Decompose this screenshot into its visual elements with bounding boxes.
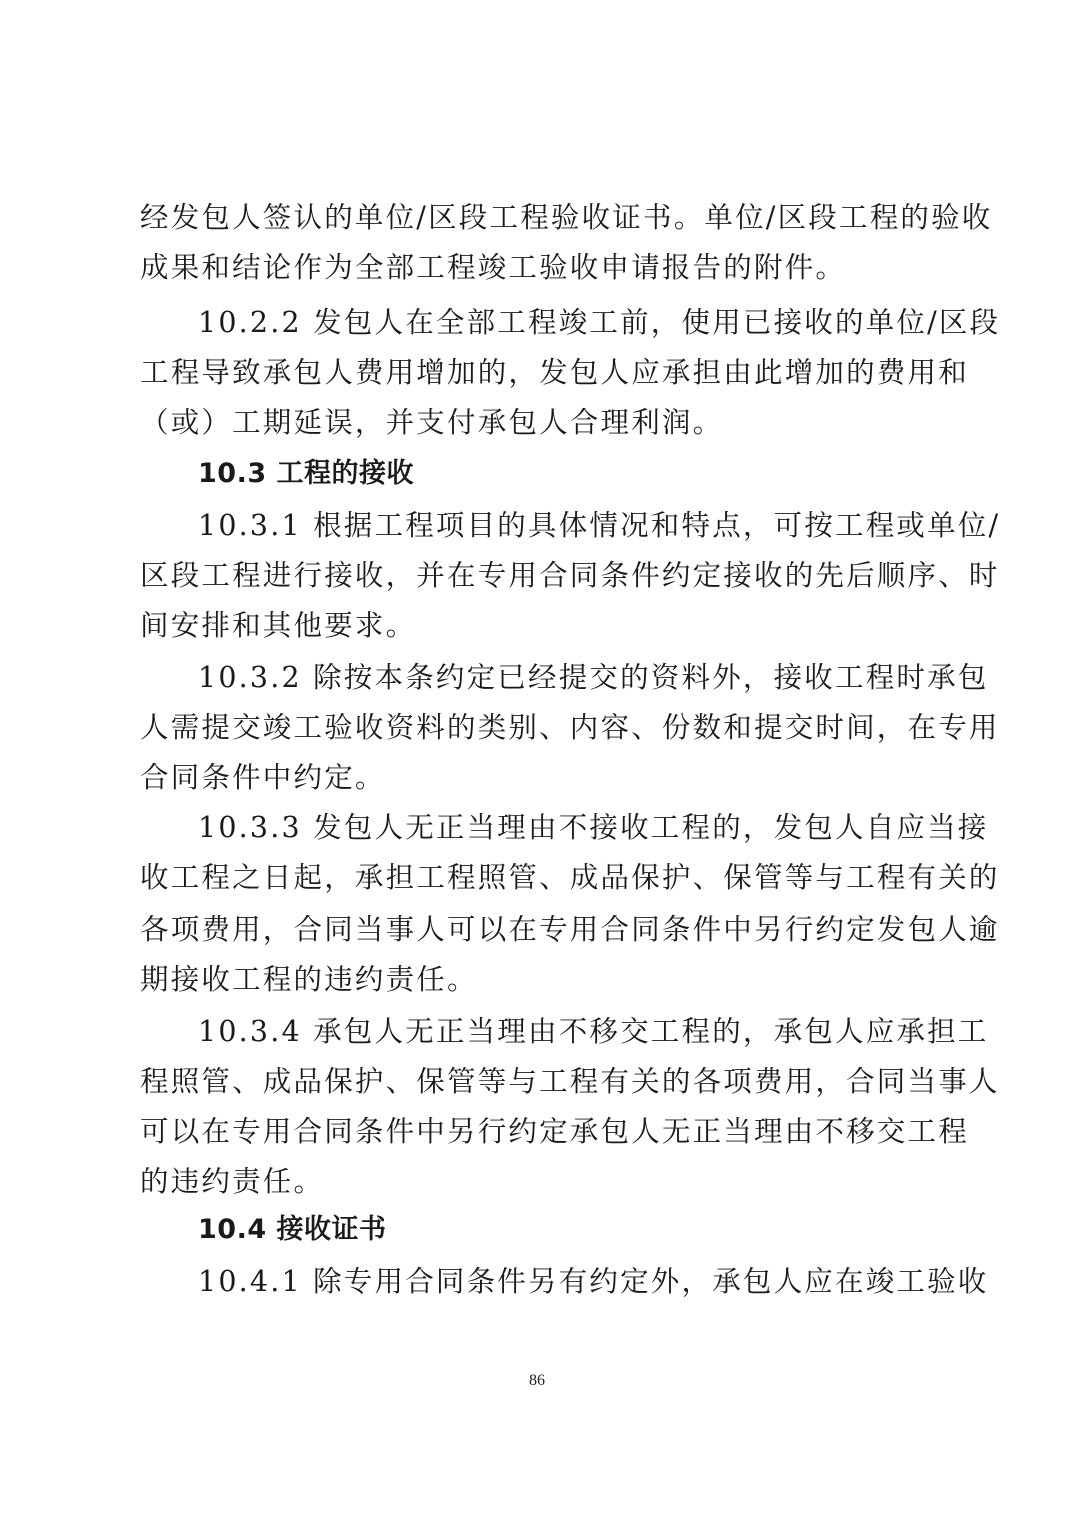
body-text-line: 各项费用，合同当事人可以在专用合同条件中另行约定发包人逾 bbox=[140, 912, 940, 948]
body-text-line: 区段工程进行接收，并在专用合同条件约定接收的先后顺序、时 bbox=[140, 558, 940, 594]
clause-10-2-2: 10.2.2 发包人在全部工程竣工前，使用已接收的单位/区段 bbox=[198, 305, 998, 341]
clause-10-3-2: 10.3.2 除按本条约定已经提交的资料外，接收工程时承包 bbox=[198, 660, 998, 696]
section-heading-10-4: 10.4 接收证书 bbox=[198, 1212, 998, 1248]
clause-10-3-3: 10.3.3 发包人无正当理由不接收工程的，发包人自应当接 bbox=[198, 810, 998, 846]
body-text-line: （或）工期延误，并支付承包人合理利润。 bbox=[140, 405, 940, 441]
body-text-line: 间安排和其他要求。 bbox=[140, 608, 940, 644]
document-page: 经发包人签认的单位/区段工程验收证书。单位/区段工程的验收 成果和结论作为全部工… bbox=[0, 0, 1074, 1520]
page-number: 86 bbox=[0, 1372, 1074, 1390]
body-text-line: 人需提交竣工验收资料的类别、内容、份数和提交时间，在专用 bbox=[140, 710, 940, 746]
body-text-line: 的违约责任。 bbox=[140, 1164, 940, 1200]
clause-10-4-1: 10.4.1 除专用合同条件另有约定外，承包人应在竣工验收 bbox=[198, 1264, 998, 1300]
body-text-line: 程照管、成品保护、保管等与工程有关的各项费用，合同当事人 bbox=[140, 1064, 940, 1100]
body-text-line: 收工程之日起，承担工程照管、成品保护、保管等与工程有关的 bbox=[140, 860, 940, 896]
clause-10-3-4: 10.3.4 承包人无正当理由不移交工程的，承包人应承担工 bbox=[198, 1014, 998, 1050]
body-text-line: 经发包人签认的单位/区段工程验收证书。单位/区段工程的验收 bbox=[140, 200, 940, 236]
body-text-line: 工程导致承包人费用增加的，发包人应承担由此增加的费用和 bbox=[140, 355, 940, 391]
section-heading-10-3: 10.3 工程的接收 bbox=[198, 456, 998, 492]
clause-10-3-1: 10.3.1 根据工程项目的具体情况和特点，可按工程或单位/ bbox=[198, 508, 998, 544]
body-text-line: 成果和结论作为全部工程竣工验收申请报告的附件。 bbox=[140, 250, 940, 286]
body-text-line: 期接收工程的违约责任。 bbox=[140, 962, 940, 998]
body-text-line: 合同条件中约定。 bbox=[140, 760, 940, 796]
body-text-line: 可以在专用合同条件中另行约定承包人无正当理由不移交工程 bbox=[140, 1114, 940, 1150]
